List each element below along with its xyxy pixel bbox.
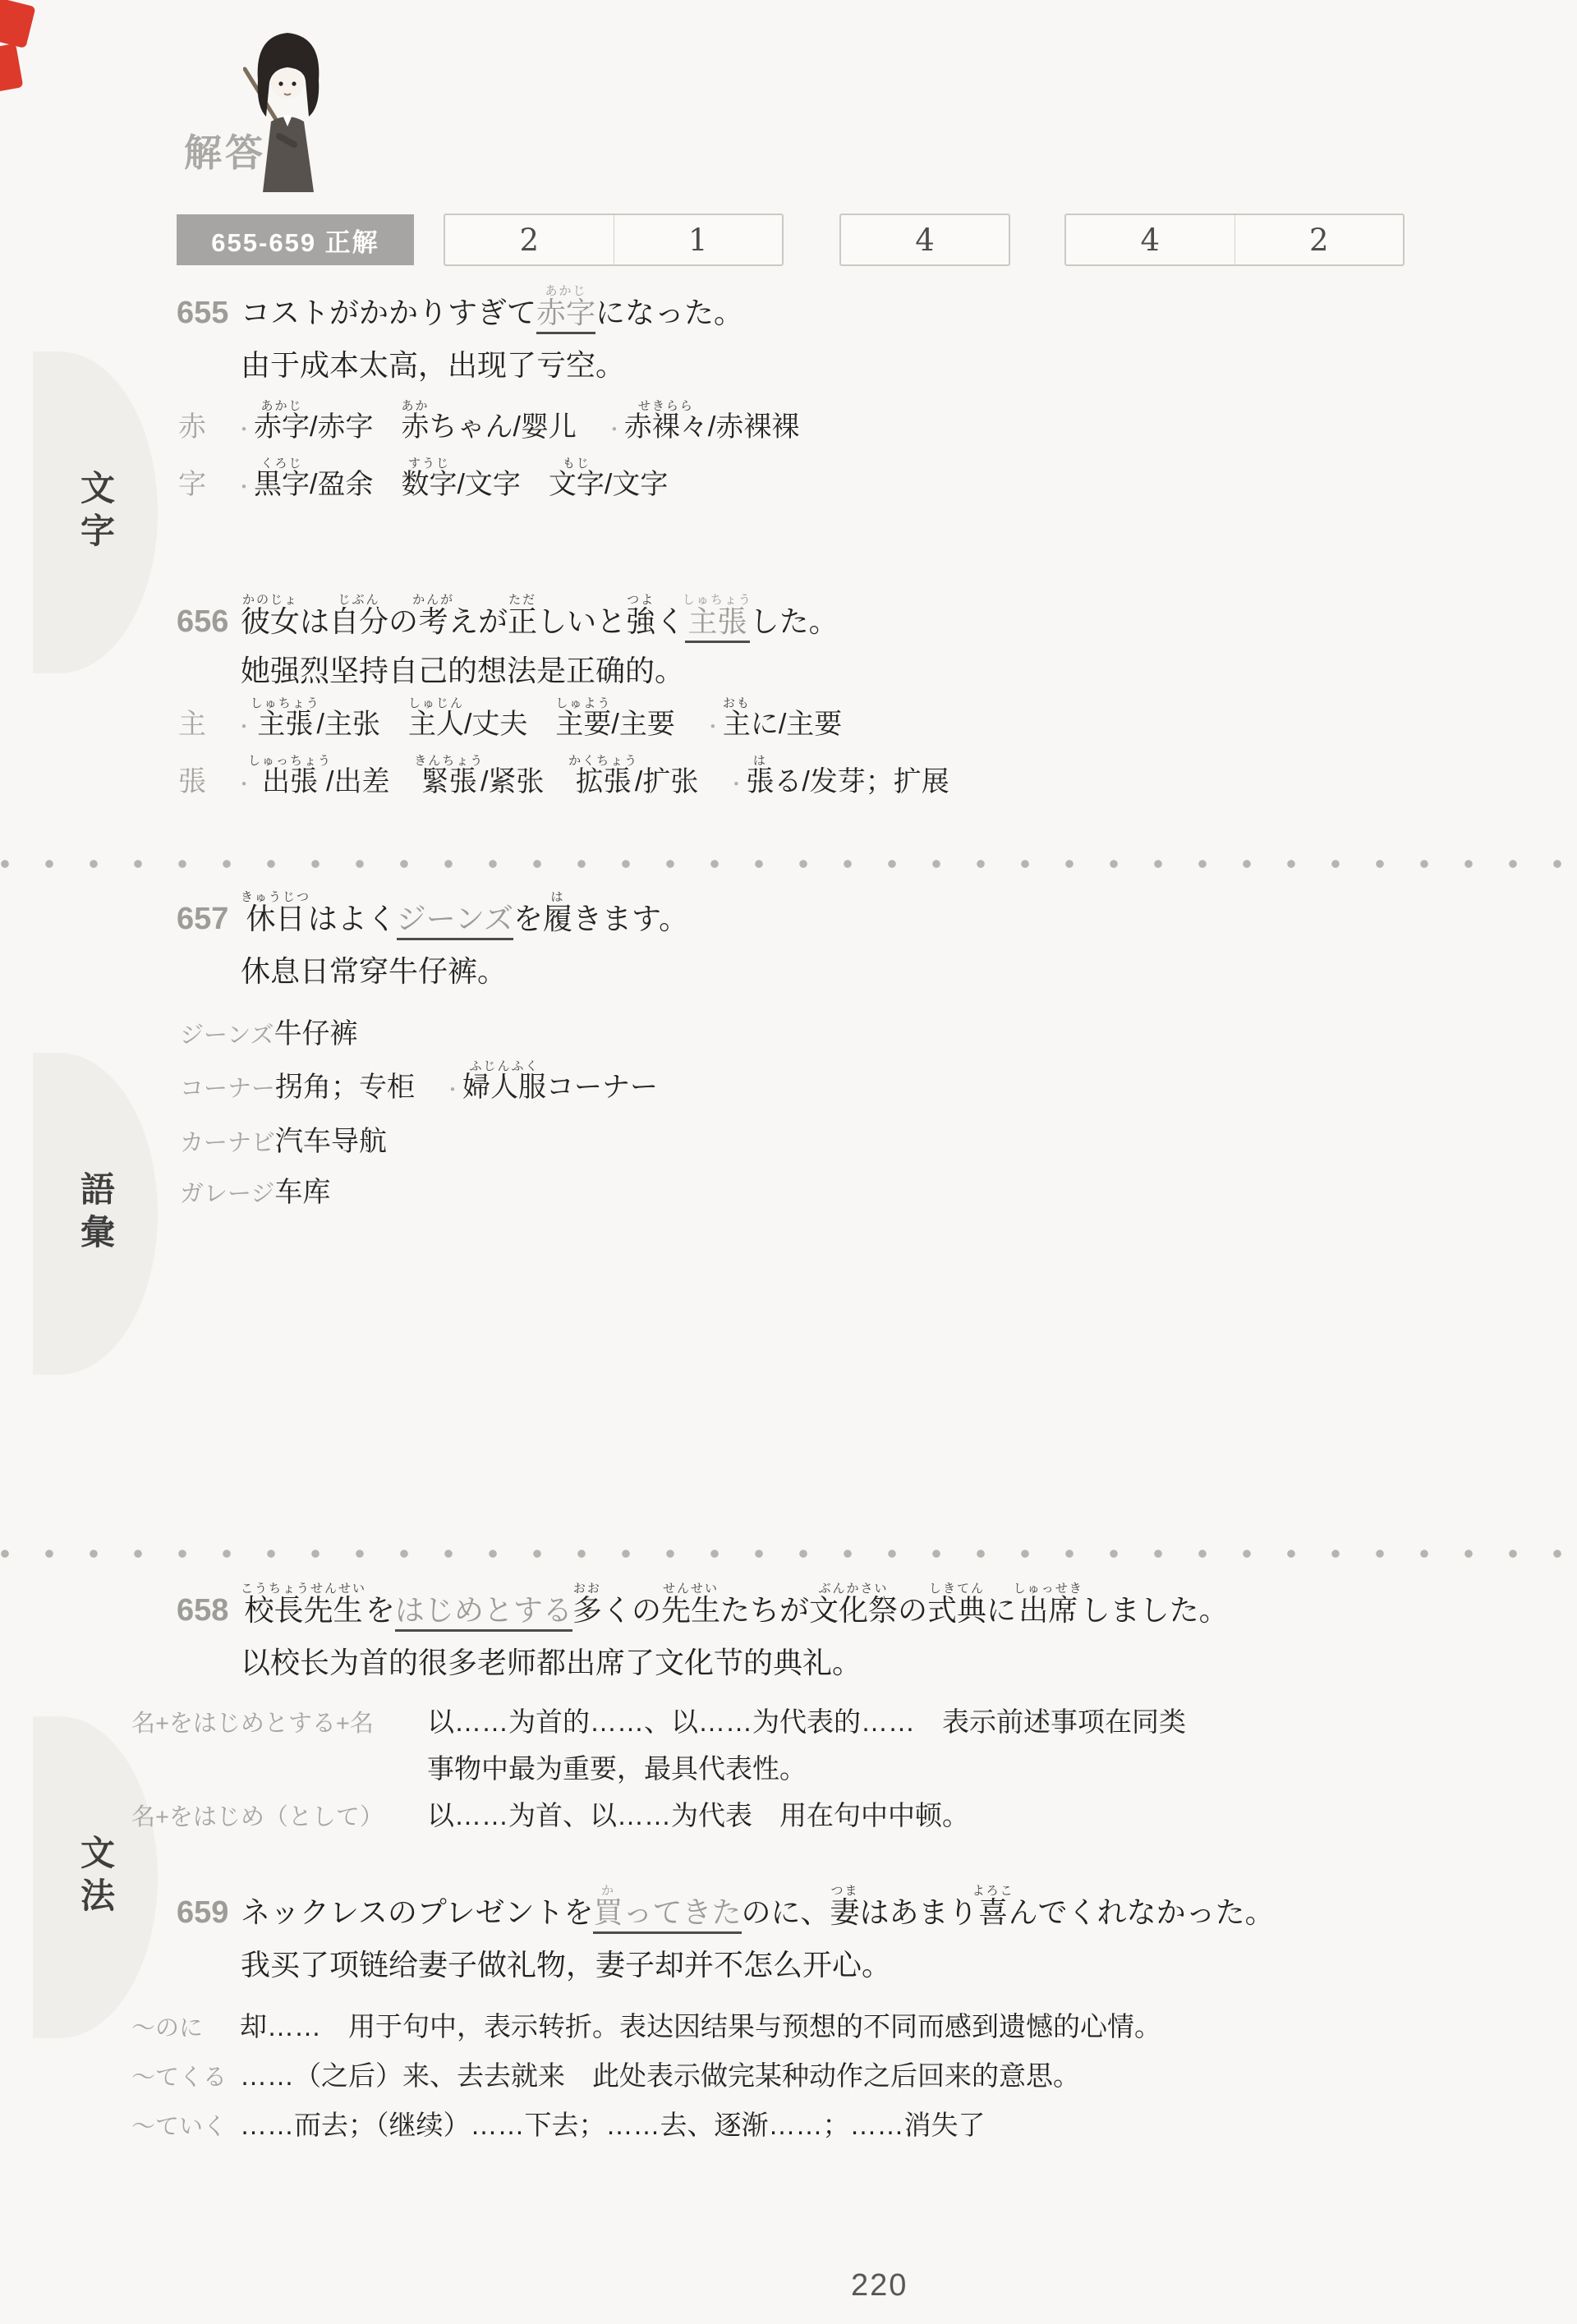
text-segment: /丈夫 xyxy=(464,709,555,740)
question-notes: 名+をはじめとする+名以……为首的……、以……为代表的…… 表示前述事项在同类事… xyxy=(177,1698,1540,1839)
text-segment: /主要 xyxy=(611,709,702,740)
text-segment: 以……为首的……、以……为代表的…… 表示前述事项在同类 xyxy=(427,1706,1186,1737)
ruby-word: 考かんが xyxy=(418,604,448,638)
question-658: 658校長先生こうちょうせんせいをはじめとする多おおくの先生せんせいたちが文化祭… xyxy=(177,1580,1540,1839)
textbook-page: 解答 655-659 正解 21 4 42 文字 語彙 文法 655コストがかか… xyxy=(0,0,1577,2324)
ruby-word: 正ただ xyxy=(508,604,537,638)
note-row-head: 張 xyxy=(178,759,234,799)
question-number: 658 xyxy=(177,1593,241,1628)
question-translation: 以校长为首的很多老师都出席了文化节的典礼。 xyxy=(241,1646,1540,1680)
text-segment: /盈余 xyxy=(310,469,401,500)
text-segment: /出差 xyxy=(326,766,417,797)
question-655: 655コストがかかりすぎて赤字あかじになった。由于成本太高，出现了亏空。赤・赤字… xyxy=(177,282,1540,514)
text-segment: ちゃん/婴儿 xyxy=(429,411,604,443)
ruby-word: 主おも xyxy=(723,709,751,740)
note-row-head: カーナビ xyxy=(180,1124,275,1158)
note-row-body: 牛仔裤 xyxy=(274,1008,1540,1059)
dotted-divider xyxy=(0,859,1577,869)
note-row-head: 赤 xyxy=(178,404,234,444)
question-sentence: 校長先生こうちょうせんせいをはじめとする多おおくの先生せんせいたちが文化祭ぶんか… xyxy=(241,1580,1229,1641)
question-header: 656彼女かのじょは自分じぶんの考かんがえが正ただしいと強つよく主張しゅちょうし… xyxy=(177,591,1540,652)
answer-cell: 4 xyxy=(1066,215,1234,264)
ruby-word: 多おお xyxy=(572,1593,602,1627)
text-segment: コストがかかりすぎて xyxy=(241,296,536,329)
note-row-head: 名+をはじめとする+名 xyxy=(131,1705,427,1738)
side-tab-label: 文法 xyxy=(71,1835,120,1920)
question-659: 659ネックレスのプレゼントを買かってきたのに、妻つまはあまり喜よろこんでくれな… xyxy=(177,1882,1540,2150)
answer-cell: 2 xyxy=(445,215,614,264)
question-656: 656彼女かのじょは自分じぶんの考かんがえが正ただしいと強つよく主張しゅちょうし… xyxy=(177,591,1540,811)
question-header: 655コストがかかりすぎて赤字あかじになった。 xyxy=(177,282,1540,343)
note-row: カーナビ汽车导航 xyxy=(180,1116,1540,1167)
text-segment: はあまり xyxy=(860,1895,978,1929)
note-row: 張・出張しゅっちょう/出差 緊張きんちょう/紧张 拡張かくちょう/扩张 ・張はる… xyxy=(178,754,1540,811)
ruby-word: 休日きゅうじつ xyxy=(241,902,308,935)
note-row: 名+をはじめ（として）以……为首、以……为代表 用在句中中顿。 xyxy=(131,1792,1540,1839)
bullet-dot: ・ xyxy=(443,1079,462,1101)
ruby-word: 緊張きんちょう xyxy=(417,766,480,797)
ruby-word: 赤字あかじ xyxy=(536,296,595,329)
text-segment: 牛仔裤 xyxy=(274,1018,358,1049)
dotted-divider xyxy=(0,1549,1577,1559)
ruby-word: 文化祭ぶんかさい xyxy=(809,1593,898,1627)
note-row-head: 字 xyxy=(178,462,234,502)
note-row-body: ・出張しゅっちょう/出差 緊張きんちょう/紧张 拡張かくちょう/扩张 ・張はる/… xyxy=(234,754,1540,811)
ruby-word: 妻つま xyxy=(830,1895,860,1929)
note-row: ガレージ车库 xyxy=(180,1167,1540,1218)
text-segment: きます。 xyxy=(572,902,688,935)
note-row-head: 名+をはじめ（として） xyxy=(131,1798,427,1832)
text-segment: んでくれなかった。 xyxy=(1009,1895,1275,1929)
text-segment: 汽车导航 xyxy=(275,1126,387,1157)
ruby-word: 校長先生こうちょうせんせい xyxy=(241,1593,366,1627)
text-segment: しいと xyxy=(537,604,626,638)
note-row-body: ……而去；（继续）……下去；……去、逐渐……；……消失了 xyxy=(240,2101,1540,2150)
text-segment: は xyxy=(300,604,329,638)
ruby-word: 赤字あかじ xyxy=(254,411,310,443)
text-segment: はよく xyxy=(308,902,397,935)
text-segment: を xyxy=(366,1593,395,1627)
red-corner-accent xyxy=(0,44,23,93)
note-row-body: ……（之后）来、去去就来 此处表示做完某种动作之后回来的意思。 xyxy=(240,2051,1540,2101)
note-row-body: 以……为首、以……为代表 用在句中中顿。 xyxy=(427,1792,1540,1839)
question-sentence: 彼女かのじょは自分じぶんの考かんがえが正ただしいと強つよく主張しゅちょうした。 xyxy=(241,591,839,652)
text-segment: /赤裸裸 xyxy=(708,411,799,443)
note-row: ジーンズ牛仔裤 xyxy=(180,1008,1540,1059)
question-notes: 主・主張しゅちょう/主张 主人しゅじん/丈夫 主要しゅよう/主要 ・主おもに/主… xyxy=(177,696,1540,811)
ruby-word: 拡張かくちょう xyxy=(572,766,635,797)
answer-word-underlined: ジーンズ xyxy=(397,902,513,940)
note-row-body: ・赤字あかじ/赤字 赤あかちゃん/婴儿 ・赤裸々せきらら/赤裸裸 xyxy=(234,399,1540,457)
question-sentence: コストがかかりすぎて赤字あかじになった。 xyxy=(241,282,743,343)
note-row-head: ジーンズ xyxy=(180,1017,274,1050)
question-translation: 她强烈坚持自己的想法是正确的。 xyxy=(241,654,1540,688)
answer-cell: 1 xyxy=(614,215,783,264)
text-segment: ってきた xyxy=(623,1895,742,1929)
question-number: 657 xyxy=(177,902,241,937)
teacher-girl-illustration xyxy=(243,23,329,194)
text-segment: /主张 xyxy=(317,709,408,740)
ruby-word: 先生せんせい xyxy=(661,1593,720,1627)
text-segment: になった。 xyxy=(595,296,743,329)
side-tab-label: 文字 xyxy=(71,470,120,555)
text-segment: 事物中最为重要，最具代表性。 xyxy=(427,1753,807,1784)
question-notes: 赤・赤字あかじ/赤字 赤あかちゃん/婴儿 ・赤裸々せきらら/赤裸裸字・黒字くろじ… xyxy=(177,399,1540,514)
note-row-head: ガレージ xyxy=(180,1175,274,1209)
text-segment: ……而去；（继续）……下去；……去、逐渐……；……消失了 xyxy=(240,2110,986,2140)
bullet-dot: ・ xyxy=(726,774,746,796)
note-row-body: 拐角；专柜 ・婦人服ふじんふくコーナー xyxy=(275,1059,1540,1116)
answer-word-underlined: 赤字あかじ xyxy=(536,296,595,334)
text-segment: たちが xyxy=(720,1593,809,1627)
note-row-head: 主 xyxy=(178,701,234,742)
text-segment: ジーンズ xyxy=(397,902,513,935)
question-header: 658校長先生こうちょうせんせいをはじめとする多おおくの先生せんせいたちが文化祭… xyxy=(177,1580,1540,1641)
note-row: ～ていく……而去；（继续）……下去；……去、逐渐……；……消失了 xyxy=(131,2101,1540,2150)
text-segment: した。 xyxy=(750,604,839,638)
ruby-word: 主張しゅちょう xyxy=(685,604,750,638)
page-number: 220 xyxy=(851,2268,908,2303)
ruby-word: 主人しゅじん xyxy=(408,709,464,740)
ruby-word: 文字もじ xyxy=(549,469,605,500)
answer-box-group: 4 xyxy=(839,214,1010,266)
text-segment: /紧张 xyxy=(480,766,572,797)
ruby-word: 赤あか xyxy=(401,411,429,443)
side-tab-moji: 文字 xyxy=(33,351,158,673)
bullet-dot: ・ xyxy=(605,419,624,441)
text-segment: /扩张 xyxy=(635,766,726,797)
note-row-body: 车库 xyxy=(274,1167,1540,1218)
text-segment: くの xyxy=(602,1593,661,1627)
text-segment: はじめとする xyxy=(395,1593,572,1627)
ruby-word: 赤裸々せきらら xyxy=(624,411,708,443)
answer-word-underlined: 買かってきた xyxy=(593,1895,741,1934)
note-row-body: ・黒字くろじ/盈余 数字すうじ/文字 文字もじ/文字 xyxy=(234,457,1540,514)
text-segment: 以……为首、以……为代表 用在句中中顿。 xyxy=(427,1800,969,1830)
text-segment: 车库 xyxy=(274,1177,330,1208)
text-segment: に xyxy=(986,1593,1016,1627)
text-segment: に/主要 xyxy=(751,709,842,740)
side-tab-label: 語彙 xyxy=(71,1171,120,1256)
ruby-word: 張は xyxy=(746,766,774,797)
bullet-dot: ・ xyxy=(703,716,723,738)
bullet-dot: ・ xyxy=(234,419,254,441)
note-row-head: ～のに xyxy=(131,2009,240,2043)
question-sentence: ネックレスのプレゼントを買かってきたのに、妻つまはあまり喜よろこんでくれなかった… xyxy=(241,1882,1275,1943)
ruby-word: 自分じぶん xyxy=(329,604,389,638)
text-segment: /文字 xyxy=(457,469,548,500)
answer-range-label: 655-659 正解 xyxy=(177,214,414,265)
ruby-word: 履は xyxy=(543,902,572,935)
ruby-word: 出席しゅっせき xyxy=(1016,1593,1081,1627)
note-row-body: 汽车导航 xyxy=(275,1116,1540,1167)
question-translation: 休息日常穿牛仔裤。 xyxy=(241,954,1540,989)
red-corner-accent xyxy=(0,0,36,48)
question-header: 657休日きゅうじつはよくジーンズを履はきます。 xyxy=(177,889,1540,949)
text-segment: /赤字 xyxy=(310,411,401,443)
ruby-word: 出張しゅっちょう xyxy=(254,766,326,797)
text-segment: の xyxy=(898,1593,927,1627)
note-row-head: ～てくる xyxy=(131,2059,240,2092)
text-segment: 却…… 用于句中，表示转折。表达因结果与预想的不同而感到遗憾的心情。 xyxy=(240,2011,1161,2042)
question-sentence: 休日きゅうじつはよくジーンズを履はきます。 xyxy=(241,889,688,949)
text-segment: ……（之后）来、去去就来 此处表示做完某种动作之后回来的意思。 xyxy=(240,2060,1080,2091)
question-notes: ジーンズ牛仔裤コーナー拐角；专柜 ・婦人服ふじんふくコーナーカーナビ汽车导航ガレ… xyxy=(177,1008,1540,1218)
note-row: コーナー拐角；专柜 ・婦人服ふじんふくコーナー xyxy=(180,1059,1540,1116)
text-segment: く xyxy=(655,604,685,638)
ruby-word: 買か xyxy=(593,1895,623,1929)
note-row: ～てくる……（之后）来、去去就来 此处表示做完某种动作之后回来的意思。 xyxy=(131,2051,1540,2101)
text-segment: を xyxy=(513,902,543,935)
text-segment: コーナー xyxy=(546,1072,658,1103)
bullet-dot: ・ xyxy=(234,476,254,498)
ruby-word: 喜よろこ xyxy=(978,1895,1009,1929)
question-657: 657休日きゅうじつはよくジーンズを履はきます。休息日常穿牛仔裤。ジーンズ牛仔裤… xyxy=(177,889,1540,1218)
note-row: 字・黒字くろじ/盈余 数字すうじ/文字 文字もじ/文字 xyxy=(178,457,1540,514)
answer-cell: 4 xyxy=(841,215,1009,264)
question-number: 659 xyxy=(177,1895,241,1931)
ruby-word: 婦人服ふじんふく xyxy=(462,1072,546,1103)
text-segment: えが xyxy=(448,604,508,638)
note-row-head: ～ていく xyxy=(131,2108,240,2142)
ruby-word: 彼女かのじょ xyxy=(241,604,300,638)
note-row-head: コーナー xyxy=(180,1070,275,1104)
note-row: 主・主張しゅちょう/主张 主人しゅじん/丈夫 主要しゅよう/主要 ・主おもに/主… xyxy=(178,696,1540,754)
note-row-body: 以……为首的……、以……为代表的…… 表示前述事项在同类事物中最为重要，最具代表… xyxy=(427,1698,1540,1792)
answer-word-underlined: 主張しゅちょう xyxy=(685,604,750,643)
answer-bar: 655-659 正解 21 4 42 xyxy=(0,214,1577,268)
note-row: 赤・赤字あかじ/赤字 赤あかちゃん/婴儿 ・赤裸々せきらら/赤裸裸 xyxy=(178,399,1540,457)
text-segment: /文字 xyxy=(605,469,668,500)
text-segment: る/发芽；扩展 xyxy=(774,766,949,797)
question-notes: ～のに却…… 用于句中，表示转折。表达因结果与预想的不同而感到遗憾的心情。～てく… xyxy=(177,2002,1540,2150)
question-translation: 我买了项链给妻子做礼物，妻子却并不怎么开心。 xyxy=(241,1948,1540,1982)
text-segment: ネックレスのプレゼントを xyxy=(241,1895,593,1929)
question-number: 655 xyxy=(177,296,241,331)
ruby-word: 主張しゅちょう xyxy=(254,709,317,740)
answer-cell: 2 xyxy=(1234,215,1404,264)
ruby-word: 主要しゅよう xyxy=(555,709,611,740)
ruby-word: 強つよ xyxy=(626,604,655,638)
answer-word-underlined: はじめとする xyxy=(395,1593,572,1632)
text-segment: のに、 xyxy=(742,1895,830,1929)
question-number: 656 xyxy=(177,604,241,640)
note-row: 名+をはじめとする+名以……为首的……、以……为代表的…… 表示前述事项在同类事… xyxy=(131,1698,1540,1792)
answer-box-group: 21 xyxy=(444,214,784,266)
ruby-word: 黒字くろじ xyxy=(254,469,310,500)
text-segment: 拐角；专柜 xyxy=(275,1072,443,1103)
question-header: 659ネックレスのプレゼントを買かってきたのに、妻つまはあまり喜よろこんでくれな… xyxy=(177,1882,1540,1943)
note-row-body: ・主張しゅちょう/主张 主人しゅじん/丈夫 主要しゅよう/主要 ・主おもに/主要 xyxy=(234,696,1540,754)
note-row-body: 却…… 用于句中，表示转折。表达因结果与预想的不同而感到遗憾的心情。 xyxy=(240,2002,1540,2051)
ruby-word: 数字すうじ xyxy=(401,469,457,500)
ruby-word: 式典しきてん xyxy=(927,1593,986,1627)
answer-box-group: 42 xyxy=(1064,214,1405,266)
side-tab-goi: 語彙 xyxy=(33,1053,158,1375)
note-row: ～のに却…… 用于句中，表示转折。表达因结果与预想的不同而感到遗憾的心情。 xyxy=(131,2002,1540,2051)
text-segment: しました。 xyxy=(1081,1593,1229,1627)
question-translation: 由于成本太高，出现了亏空。 xyxy=(241,348,1540,383)
